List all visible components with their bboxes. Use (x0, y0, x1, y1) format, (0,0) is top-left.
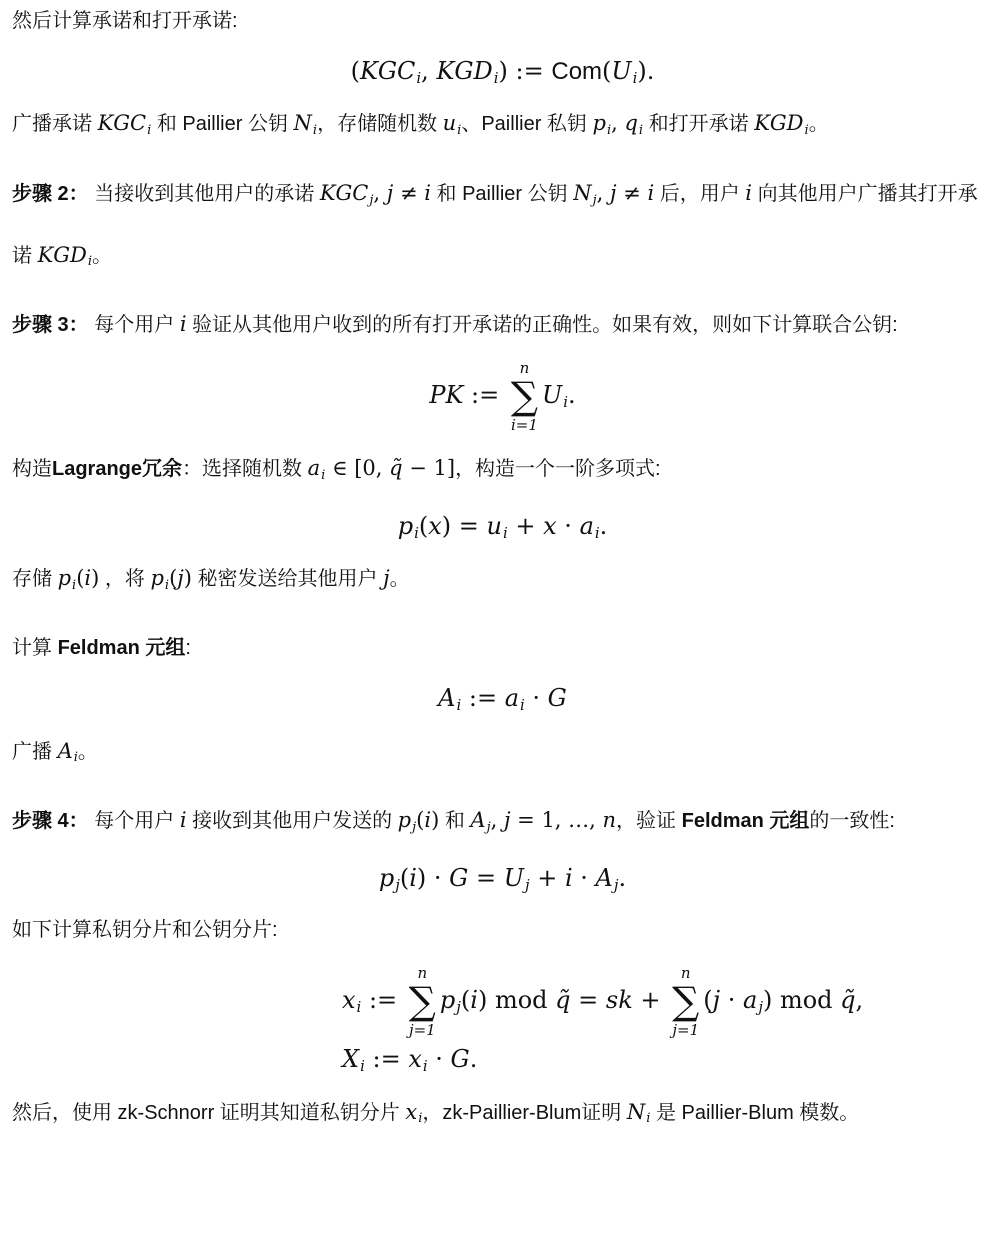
math-roman: ( (400, 864, 409, 892)
math-roman: · (720, 986, 743, 1014)
sigma-sum-icon: ∑ (672, 982, 699, 1022)
text-run: 。 (390, 568, 410, 590)
text-run: 验证从其他用户收到的所有打开承诺的正确性。如果有效，则如下计算联合公钥: (187, 314, 898, 336)
math-variable: pj (379, 864, 400, 892)
math-variable: xi (342, 986, 361, 1014)
math-variable: Ui (611, 57, 637, 85)
text-run: 、Paillier 私钥 (461, 113, 592, 135)
math-roman: ) = (442, 512, 487, 540)
math-roman: ) := (499, 57, 552, 85)
math-variable: aj (743, 986, 763, 1014)
math-variable: Ai (438, 684, 461, 712)
math-roman: , (856, 986, 864, 1014)
text-run: ，存储随机数 (317, 113, 443, 135)
text-run: 和 Paillier 公钥 (431, 183, 573, 205)
math-roman: . (619, 864, 627, 892)
math-variable: G (451, 1045, 470, 1073)
text-run: 然后，使用 zk-Schnorr 证明其知道私钥分片 (12, 1102, 405, 1124)
math-roman: , (597, 181, 610, 205)
text-run: 和 Paillier 公钥 (151, 113, 293, 135)
text-run: 如下计算私钥分片和公钥分片: (12, 919, 278, 941)
text-run: 和 (439, 810, 470, 832)
math-variable: x (428, 512, 442, 540)
para-compute-commitment: 然后计算承诺和打开承诺: (12, 0, 993, 48)
math-variable: Ai (58, 739, 78, 763)
math-variable: i (409, 864, 417, 892)
text-run: 。 (92, 245, 112, 267)
math-roman: + (633, 986, 668, 1014)
text-run: 广播承诺 (12, 113, 98, 135)
math-roman: . (470, 1045, 478, 1073)
math-variable: G (449, 864, 468, 892)
text-run: ，构造一个一阶多项式: (455, 458, 661, 480)
para-step-4: 步骤 4： 每个用户 i 接收到其他用户发送的 pj(i) 和 Aj, j = … (12, 793, 993, 855)
formula-key-shares-block: xi := n∑j=1pj(i) mod q̃ = sk + n∑j=1(j ·… (342, 965, 993, 1076)
math-sans-operator: Com (551, 58, 602, 85)
math-variable: Ui (542, 381, 568, 409)
text-run: 。 (809, 113, 829, 135)
sigma-sum-icon: ∑ (511, 377, 538, 417)
formula-feldman-consistency: pj(i) · G = Uj + i · Aj. (12, 863, 993, 895)
math-roman: ≠ (393, 181, 424, 205)
math-roman: := (365, 1045, 408, 1073)
text-run: ，验证 (616, 810, 682, 832)
text-run: 存储 (12, 568, 58, 590)
math-variable: pi (398, 512, 419, 540)
math-variable: KGDi (38, 243, 92, 267)
para-compute-key-shares: 如下计算私钥分片和公钥分片: (12, 903, 993, 957)
bold-text-run: 步骤 4： (12, 810, 89, 832)
para-store-shares: 存储 pi(i) ，将 pi(j) 秘密发送给其他用户 j。 (12, 551, 993, 613)
math-variable: Nj (573, 181, 596, 205)
document-body: 然后计算承诺和打开承诺: (KGCi, KGDi) := Com(Ui). 广播… (0, 0, 1005, 1146)
math-roman: := (361, 986, 404, 1014)
math-variable: i (180, 808, 187, 832)
math-variable: Uj (504, 864, 530, 892)
text-run: 。 (78, 741, 98, 763)
math-variable: Aj (470, 808, 490, 832)
math-roman: + (530, 864, 565, 892)
math-variable: Ni (627, 1100, 651, 1124)
summation-symbol: n∑j=1 (672, 965, 699, 1038)
math-variable: xi (405, 1100, 422, 1124)
summation-symbol: n∑i=1 (511, 360, 538, 433)
formula-first-order-polynomial: pi(x) = ui + x · ai. (12, 511, 993, 543)
bold-text-run: Lagrange冗余 (52, 458, 182, 480)
text-run: 后，用户 (654, 183, 745, 205)
math-roman: ( (419, 512, 428, 540)
formula-commitment: (KGCi, KGDi) := Com(Ui). (12, 56, 993, 88)
math-variable: i (180, 312, 187, 336)
math-variable: ai (580, 512, 600, 540)
math-roman: , (373, 181, 386, 205)
summation-symbol: n∑j=1 (409, 965, 436, 1038)
math-roman: , (611, 111, 624, 135)
math-variable: pi (150, 566, 169, 590)
math-roman: := (461, 684, 504, 712)
math-variable: qi (624, 111, 643, 135)
text-run: 广播 (12, 741, 58, 763)
math-variable: x (543, 512, 557, 540)
math-variable: Xi (342, 1045, 365, 1073)
sum-lower-limit: j=1 (409, 1022, 436, 1039)
math-roman: ∈ [0, (325, 456, 389, 480)
formula-joint-public-key: PK := n∑i=1Ui. (12, 360, 993, 433)
bold-text-run: 步骤 3： (12, 314, 89, 336)
math-roman: = (468, 864, 503, 892)
text-run: 是 Paillier-Blum 模数。 (650, 1102, 859, 1124)
text-run: 和打开承诺 (643, 113, 754, 135)
text-run: 计算 (12, 637, 58, 659)
math-roman: ( (461, 986, 470, 1014)
math-variable: n (603, 808, 617, 832)
bold-text-run: Feldman 元组 (682, 810, 810, 832)
math-roman: ) (184, 566, 192, 590)
para-lagrange-redundancy: 构造Lagrange冗余：选择随机数 ai ∈ [0, q̃ − 1]，构造一个… (12, 441, 993, 503)
formula-public-key-share: Xi := xi · G. (342, 1044, 993, 1076)
math-variable: ai (505, 684, 525, 712)
formula-private-key-share: xi := n∑j=1pj(i) mod q̃ = sk + n∑j=1(j ·… (342, 965, 993, 1038)
para-broadcast-commitment: 广播承诺 KGCi 和 Paillier 公钥 Ni，存储随机数 ui、Pail… (12, 96, 993, 158)
math-variable: ui (487, 512, 508, 540)
text-run: ，将 (99, 568, 150, 590)
text-run: : (185, 637, 191, 659)
text-run: ，zk-Paillier-Blum证明 (422, 1102, 626, 1124)
text-run: 当接收到其他用户的承诺 (89, 183, 320, 205)
text-run: 的一致性: (809, 810, 895, 832)
text-run: 每个用户 (89, 314, 180, 336)
math-variable: sk (606, 986, 633, 1014)
para-step-2: 步骤 2： 当接收到其他用户的承诺 KGCj, j ≠ i 和 Paillier… (12, 166, 993, 289)
bold-text-run: Feldman 元组 (58, 637, 186, 659)
bold-text-run: 步骤 2： (12, 183, 89, 205)
text-run: 秘密发送给其他用户 (192, 568, 383, 590)
math-roman: − 1] (403, 456, 456, 480)
math-variable: ai (308, 456, 326, 480)
sigma-sum-icon: ∑ (409, 982, 436, 1022)
math-roman: := (463, 381, 506, 409)
text-run: ：选择随机数 (182, 458, 308, 480)
math-variable: q̃ (389, 456, 402, 480)
text-run: 接收到其他用户发送的 (187, 810, 398, 832)
math-roman: · (573, 864, 596, 892)
math-variable: G (548, 684, 567, 712)
math-variable: i (424, 181, 431, 205)
math-roman: ). (637, 57, 654, 85)
math-roman: = 1, …, (511, 808, 603, 832)
para-broadcast-ai: 广播 Ai。 (12, 724, 993, 786)
math-roman: · (525, 684, 548, 712)
math-variable: KGDi (754, 111, 808, 135)
math-variable: ui (443, 111, 462, 135)
math-variable: Ni (294, 111, 318, 135)
math-variable: pj (440, 986, 461, 1014)
math-roman: ( (351, 57, 360, 85)
math-roman: ) · (417, 864, 449, 892)
para-zk-proofs: 然后，使用 zk-Schnorr 证明其知道私钥分片 xi，zk-Paillie… (12, 1085, 993, 1147)
math-variable: pi (58, 566, 77, 590)
math-variable: q̃ (555, 986, 570, 1014)
para-step-3: 步骤 3： 每个用户 i 验证从其他用户收到的所有打开承诺的正确性。如果有效，则… (12, 297, 993, 352)
sum-lower-limit: j=1 (672, 1022, 699, 1039)
math-variable: q̃ (840, 986, 855, 1014)
math-variable: Aj (596, 864, 619, 892)
math-roman: , (421, 57, 436, 85)
math-roman: = (571, 986, 606, 1014)
para-compute-feldman: 计算 Feldman 元组: (12, 621, 993, 675)
math-roman: . (600, 512, 608, 540)
math-variable: KGDi (436, 57, 498, 85)
math-variable: pi (592, 111, 611, 135)
math-roman: ≠ (617, 181, 648, 205)
math-roman: ( (703, 986, 712, 1014)
math-variable: pj (398, 808, 417, 832)
math-variable: KGCi (360, 57, 421, 85)
sum-lower-limit: i=1 (511, 417, 538, 434)
math-variable: xi (408, 1045, 427, 1073)
formula-feldman-tuple: Ai := ai · G (12, 683, 993, 715)
text-run: 每个用户 (89, 810, 180, 832)
math-roman: · (557, 512, 580, 540)
text-run: 然后计算承诺和打开承诺: (12, 10, 238, 32)
math-variable: PK (429, 381, 463, 409)
math-roman: + (508, 512, 543, 540)
math-variable: j (713, 986, 720, 1014)
text-run: 构造 (12, 458, 52, 480)
math-roman: . (568, 381, 576, 409)
math-roman: ) mod (763, 986, 840, 1014)
math-roman: ) mod (478, 986, 555, 1014)
math-variable: KGCi (98, 111, 152, 135)
math-variable: i (470, 986, 478, 1014)
math-variable: i (565, 864, 573, 892)
math-roman: · (428, 1045, 451, 1073)
math-roman: , (491, 808, 504, 832)
math-variable: i (745, 181, 752, 205)
math-variable: KGCj (320, 181, 374, 205)
